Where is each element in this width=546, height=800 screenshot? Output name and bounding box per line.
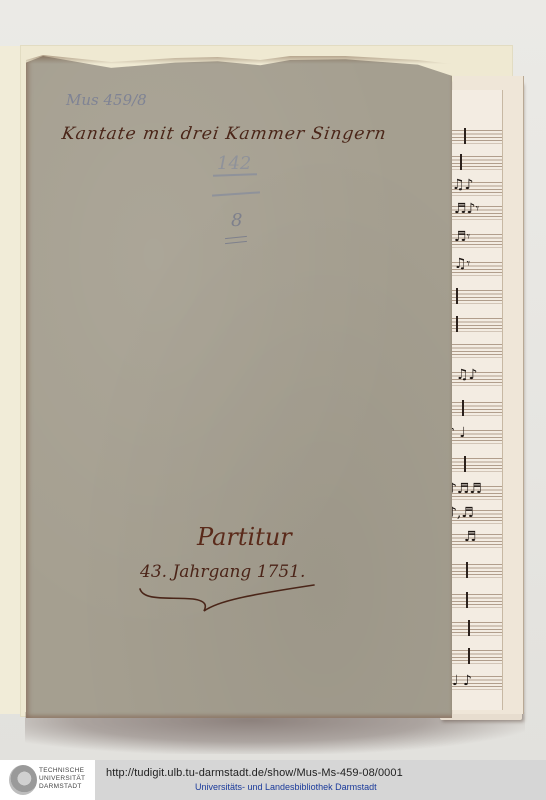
staff: [444, 650, 502, 664]
staff: [444, 458, 502, 472]
scan-viewport: ♫♪ ♬♪𝄾 ♬𝄾 ♫𝄾 ♫♪ ♪ ♩ ♪♬♬ ♪,♬ ♬ ♩: [0, 0, 546, 760]
barline: [462, 400, 464, 416]
staff: [444, 594, 502, 608]
tu-darmstadt-athena-head-icon: [9, 765, 37, 795]
music-notes: ♩ ♪: [452, 674, 472, 688]
staff: [444, 290, 502, 304]
tu-darmstadt-logo[interactable]: TECHNISCHE UNIVERSITÄT DARMSTADT: [0, 760, 95, 800]
barline: [464, 128, 466, 144]
shelfmark-pencil: Mus 459/8: [66, 91, 147, 109]
logo-text: TECHNISCHE UNIVERSITÄT DARMSTADT: [39, 767, 85, 791]
music-notes: ♬𝄾: [454, 230, 470, 244]
music-notes: ♬: [464, 530, 477, 544]
pencil-number-top: 142: [217, 153, 251, 174]
barline: [468, 620, 470, 636]
staff: [444, 156, 502, 170]
date-inscription: 43. Jahrgang 1751.: [140, 562, 305, 582]
staff: [444, 262, 502, 276]
music-notes: ♪♬♬: [448, 482, 482, 496]
partitur-label: Partitur: [197, 523, 292, 551]
logo-line: UNIVERSITÄT: [39, 775, 85, 783]
permalink-url[interactable]: http://tudigit.ulb.tu-darmstadt.de/show/…: [106, 767, 403, 779]
pencil-number-bottom: 8: [231, 210, 242, 231]
barline: [466, 562, 468, 578]
staff: [444, 402, 502, 416]
staff: [444, 564, 502, 578]
barline: [466, 592, 468, 608]
ink-flourish-icon: [138, 583, 318, 623]
barline: [464, 456, 466, 472]
music-score-page-edge: ♫♪ ♬♪𝄾 ♬𝄾 ♫𝄾 ♫♪ ♪ ♩ ♪♬♬ ♪,♬ ♬ ♩: [444, 90, 503, 710]
barline: [468, 648, 470, 664]
footer-bar: TECHNISCHE UNIVERSITÄT DARMSTADT http://…: [0, 760, 546, 800]
music-notes: ♫♪: [456, 368, 478, 382]
barline: [460, 154, 462, 170]
library-name: Universitäts- und Landesbibliothek Darms…: [195, 782, 377, 792]
staff: [444, 318, 502, 332]
staff: [444, 622, 502, 636]
barline: [456, 288, 458, 304]
music-notes: ♬♪𝄾: [454, 202, 479, 216]
logo-line: TECHNISCHE: [39, 767, 85, 775]
staff: [444, 344, 502, 358]
music-notes: ♫♪: [452, 178, 474, 192]
staff: [444, 234, 502, 248]
barline: [456, 316, 458, 332]
music-notes: ♫𝄾: [454, 257, 470, 271]
logo-line: DARMSTADT: [39, 783, 85, 791]
cover-title-inscription: Kantate mit drei Kammer Singern: [61, 124, 388, 144]
staff: [444, 130, 502, 144]
